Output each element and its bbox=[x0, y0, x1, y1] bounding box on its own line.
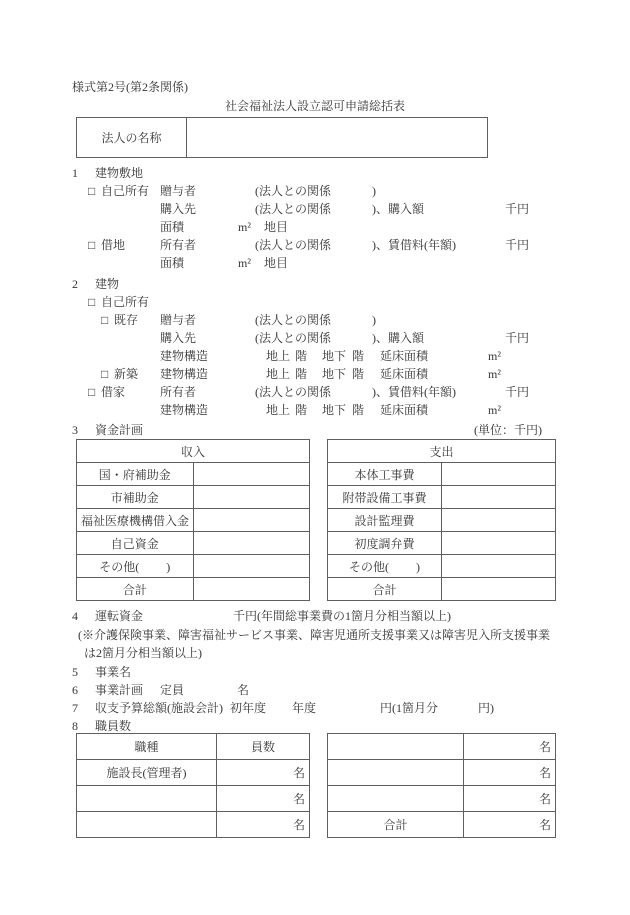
expense-row-label: 初度調弁費 bbox=[328, 532, 442, 555]
staff-role-cell[interactable] bbox=[328, 734, 464, 760]
expense-value-cell[interactable] bbox=[442, 486, 556, 509]
staff-table-right: 名 名 名 合計 名 bbox=[327, 733, 556, 838]
building-donor-relation-open: (法人との関係 bbox=[255, 313, 331, 327]
building-seller-relation-open: (法人との関係 bbox=[255, 331, 331, 345]
staff-count-cell[interactable]: 名 bbox=[464, 760, 556, 786]
expense-table: 支出 本体工事費 附帯設備工事費 設計監理費 初度調弁費 その他( ) 合計 bbox=[327, 439, 556, 601]
expense-value-cell[interactable] bbox=[442, 463, 556, 486]
section6-title: 事業計画 bbox=[95, 683, 143, 697]
site-donor-relation-close: ) bbox=[372, 184, 376, 198]
structure-above-label: 地上 bbox=[266, 367, 290, 381]
site-donor-relation-open: (法人との関係 bbox=[255, 184, 331, 198]
corp-name-label: 法人の名称 bbox=[77, 118, 187, 158]
first-year-label: 初年度 bbox=[230, 701, 266, 715]
staff-count-cell[interactable]: 名 bbox=[464, 786, 556, 812]
section4-title: 運転資金 bbox=[95, 609, 143, 623]
site-lease-rent-label: )、賃借料(年額) bbox=[372, 238, 456, 252]
section4-number: 4 bbox=[72, 609, 78, 623]
structure-sqm-unit: m² bbox=[488, 403, 501, 417]
income-row-label: 市補助金 bbox=[77, 486, 194, 509]
structure-below-label: 地下 bbox=[322, 367, 346, 381]
site-self-owned-label: 自己所有 bbox=[101, 184, 149, 198]
income-total-value-cell[interactable] bbox=[193, 578, 310, 601]
structure-floors-label: 階 bbox=[295, 403, 307, 417]
checkbox-site-leased-icon[interactable]: □ bbox=[88, 238, 95, 252]
section8-number: 8 bbox=[72, 719, 78, 733]
income-value-cell[interactable] bbox=[193, 463, 310, 486]
site-lease-relation-open: (法人との関係 bbox=[255, 238, 331, 252]
expense-header: 支出 bbox=[328, 440, 556, 463]
corp-name-value-cell[interactable] bbox=[187, 118, 488, 158]
staff-role-cell[interactable] bbox=[328, 760, 464, 786]
site-lease-area-sqm-unit: m² bbox=[238, 256, 251, 270]
structure-sqm-unit: m² bbox=[488, 349, 501, 363]
structure-floors-label: 階 bbox=[352, 367, 364, 381]
expense-row-label: その他( ) bbox=[328, 555, 442, 578]
site-lease-rent-unit: 千円 bbox=[505, 238, 529, 252]
building-existing-label: 既存 bbox=[114, 313, 138, 327]
expense-value-cell[interactable] bbox=[442, 555, 556, 578]
yen-close-label: 円) bbox=[478, 701, 494, 715]
form-number: 様式第2号(第2条関係) bbox=[72, 80, 188, 94]
income-value-cell[interactable] bbox=[193, 532, 310, 555]
income-row-label: 自己資金 bbox=[77, 532, 194, 555]
structure-above-label: 地上 bbox=[266, 349, 290, 363]
section8-title: 職員数 bbox=[95, 719, 131, 733]
site-leased-label: 借地 bbox=[101, 238, 125, 252]
section5-number: 5 bbox=[72, 665, 78, 679]
structure-sqm-unit: m² bbox=[488, 367, 501, 381]
checkbox-building-new-icon[interactable]: □ bbox=[101, 367, 108, 381]
site-area-label: 面積 bbox=[160, 220, 184, 234]
structure-floors-label: 階 bbox=[295, 367, 307, 381]
site-donor-label: 贈与者 bbox=[160, 184, 196, 198]
section3-title: 資金計画 bbox=[95, 423, 143, 437]
income-row-label: 国・府補助金 bbox=[77, 463, 194, 486]
checkbox-site-self-owned-icon[interactable]: □ bbox=[88, 184, 95, 198]
income-table: 収入 国・府補助金 市補助金 福祉医療機構借入金 自己資金 その他( ) 合計 bbox=[76, 439, 310, 601]
staff-count-cell[interactable]: 名 bbox=[217, 812, 310, 838]
corp-name-table: 法人の名称 bbox=[76, 117, 488, 158]
staff-count-cell[interactable]: 名 bbox=[217, 786, 310, 812]
income-total-label: 合計 bbox=[77, 578, 194, 601]
yen-monthly-open-label: 円(1箇月分 bbox=[380, 701, 438, 715]
expense-total-value-cell[interactable] bbox=[442, 578, 556, 601]
income-row-label: その他( ) bbox=[77, 555, 194, 578]
building-self-owned-label: 自己所有 bbox=[101, 295, 149, 309]
building-rent-unit: 千円 bbox=[505, 385, 529, 399]
staff-total-count-cell[interactable]: 名 bbox=[464, 812, 556, 838]
working-capital-unit-note: 千円(年間総事業費の1箇月分相当額以上) bbox=[233, 609, 451, 623]
funding-unit-note: (単位：千円) bbox=[474, 423, 542, 437]
staff-total-label: 合計 bbox=[328, 812, 464, 838]
structure-floors-label: 階 bbox=[352, 403, 364, 417]
site-purchase-unit: 千円 bbox=[505, 202, 529, 216]
site-lease-land-category-label: 地目 bbox=[264, 256, 288, 270]
expense-row-label: 附帯設備工事費 bbox=[328, 486, 442, 509]
staff-count-header: 員数 bbox=[217, 734, 310, 760]
staff-role-header: 職種 bbox=[77, 734, 217, 760]
section5-title: 事業名 bbox=[95, 665, 131, 679]
site-purchase-amount-label: )、購入額 bbox=[372, 202, 424, 216]
building-rent-label: )、賃借料(年額) bbox=[372, 385, 456, 399]
structure-above-label: 地上 bbox=[266, 403, 290, 417]
building-purchase-unit: 千円 bbox=[505, 331, 529, 345]
building-rented-label: 借家 bbox=[101, 385, 125, 399]
section7-number: 7 bbox=[72, 701, 78, 715]
building-donor-relation-close: ) bbox=[372, 313, 376, 327]
new-building-structure-label: 建物構造 bbox=[160, 367, 208, 381]
expense-row-label: 本体工事費 bbox=[328, 463, 442, 486]
working-capital-note-line1: (※介護保険事業、障害福祉サービス事業、障害児通所支援事業又は障害児入所支援事業 bbox=[78, 628, 550, 642]
structure-below-label: 地下 bbox=[322, 349, 346, 363]
building-structure-label: 建物構造 bbox=[160, 349, 208, 363]
site-seller-relation-open: (法人との関係 bbox=[255, 202, 331, 216]
expense-row-label: 設計監理費 bbox=[328, 509, 442, 532]
staff-count-cell[interactable]: 名 bbox=[217, 760, 310, 786]
building-owner-label: 所有者 bbox=[160, 385, 196, 399]
staff-role-cell[interactable] bbox=[77, 786, 217, 812]
income-value-cell[interactable] bbox=[193, 509, 310, 532]
section6-number: 6 bbox=[72, 683, 78, 697]
staff-role-label: 施設長(管理者) bbox=[77, 760, 217, 786]
structure-floors-label: 階 bbox=[295, 349, 307, 363]
working-capital-note-line2: は2箇月分相当額以上) bbox=[84, 646, 202, 660]
staff-table-left: 職種 員数 施設長(管理者) 名 名 名 bbox=[76, 733, 310, 838]
section7-title: 収支予算総額(施設会計) bbox=[95, 701, 223, 715]
staff-count-cell[interactable]: 名 bbox=[464, 734, 556, 760]
expense-value-cell[interactable] bbox=[442, 509, 556, 532]
site-land-category-label: 地目 bbox=[264, 220, 288, 234]
building-donor-label: 贈与者 bbox=[160, 313, 196, 327]
page-title: 社会福祉法人設立認可申請総括表 bbox=[0, 99, 630, 113]
checkbox-building-self-owned-icon[interactable]: □ bbox=[88, 295, 95, 309]
income-value-cell[interactable] bbox=[193, 486, 310, 509]
fiscal-year-label: 年度 bbox=[292, 701, 316, 715]
expense-total-label: 合計 bbox=[328, 578, 442, 601]
capacity-unit: 名 bbox=[237, 683, 249, 697]
expense-value-cell[interactable] bbox=[442, 532, 556, 555]
section2-title: 建物 bbox=[95, 277, 119, 291]
income-header: 収入 bbox=[77, 440, 310, 463]
staff-role-cell[interactable] bbox=[328, 786, 464, 812]
site-seller-label: 購入先 bbox=[160, 202, 196, 216]
structure-floors-label: 階 bbox=[352, 349, 364, 363]
site-area-sqm-unit: m² bbox=[238, 220, 251, 234]
section3-number: 3 bbox=[72, 423, 78, 437]
site-lease-area-label: 面積 bbox=[160, 256, 184, 270]
building-seller-label: 購入先 bbox=[160, 331, 196, 345]
structure-below-label: 地下 bbox=[322, 403, 346, 417]
structure-total-area-label: 延床面積 bbox=[380, 367, 428, 381]
building-new-label: 新築 bbox=[114, 367, 138, 381]
checkbox-building-rented-icon[interactable]: □ bbox=[88, 385, 95, 399]
checkbox-building-existing-icon[interactable]: □ bbox=[101, 313, 108, 327]
site-lease-owner-label: 所有者 bbox=[160, 238, 196, 252]
section1-number: 1 bbox=[72, 166, 78, 180]
capacity-label: 定員 bbox=[160, 683, 184, 697]
structure-total-area-label: 延床面積 bbox=[380, 349, 428, 363]
income-value-cell[interactable] bbox=[193, 555, 310, 578]
structure-total-area-label: 延床面積 bbox=[380, 403, 428, 417]
form-page: 様式第2号(第2条関係) 社会福祉法人設立認可申請総括表 法人の名称 1 建物敷… bbox=[0, 0, 630, 915]
building-owner-relation-open: (法人との関係 bbox=[255, 385, 331, 399]
section1-title: 建物敷地 bbox=[95, 166, 143, 180]
rented-structure-label: 建物構造 bbox=[160, 403, 208, 417]
building-purchase-amount-label: )、購入額 bbox=[372, 331, 424, 345]
section2-number: 2 bbox=[72, 277, 78, 291]
staff-role-cell[interactable] bbox=[77, 812, 217, 838]
income-row-label: 福祉医療機構借入金 bbox=[77, 509, 194, 532]
